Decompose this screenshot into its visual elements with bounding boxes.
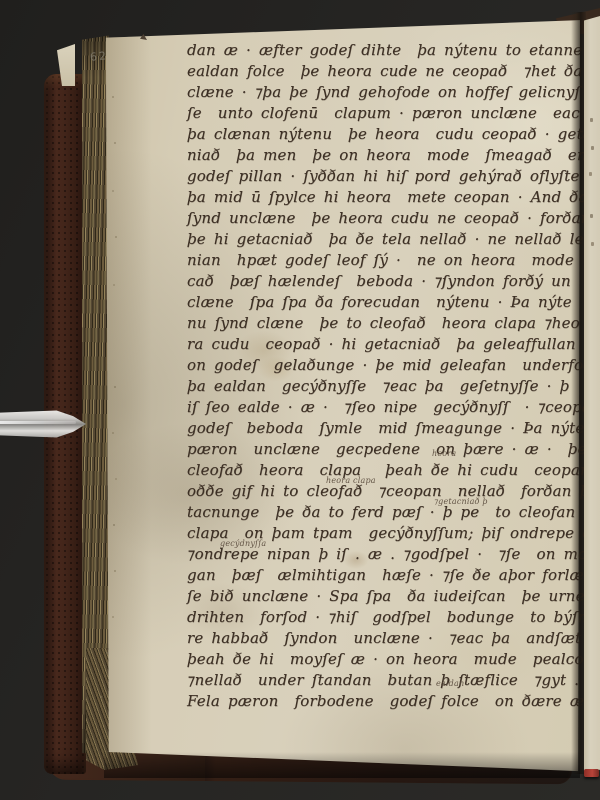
facing-page-text-marks xyxy=(590,118,593,122)
interlinear-gloss: gecýdnyſſa xyxy=(220,539,266,548)
manuscript-photo: 62 dan æ · æfter godeſ dihte þa nýtenu t… xyxy=(0,0,600,800)
facing-page-sliver xyxy=(584,16,600,772)
glass-highlight xyxy=(0,421,76,424)
interlinear-gloss: ⁊getacniað þ xyxy=(434,497,488,506)
interlinear-gloss: heora clapa xyxy=(326,476,376,485)
page-gap-shadow xyxy=(571,12,586,774)
interlinear-gloss: ealdan xyxy=(436,679,464,688)
interlinear-glosses: heora heora clapa ⁊getacniað þ gecýdnyſſ… xyxy=(0,0,600,800)
interlinear-gloss: heora xyxy=(432,449,456,458)
red-edge-decoration xyxy=(584,769,599,777)
